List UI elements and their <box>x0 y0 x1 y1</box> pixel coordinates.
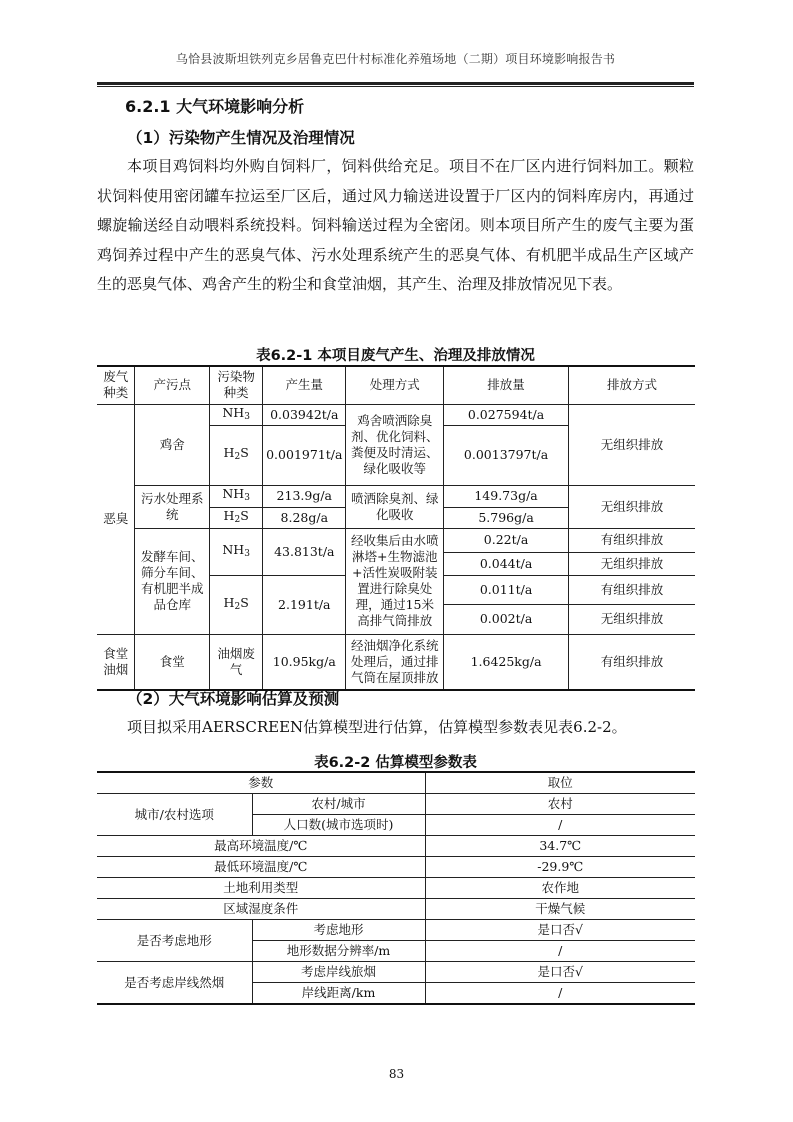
method-cell: 有组织排放 <box>568 575 695 604</box>
generated-cell: 213.9g/a <box>263 485 346 507</box>
value-cell: 34.7℃ <box>425 836 695 857</box>
table-row: 污水处理系统 NH3 213.9g/a 喷洒除臭剂、绿化吸收 149.73g/a… <box>97 485 695 507</box>
subsection-title-1: （1）污染物产生情况及治理情况 <box>127 126 355 148</box>
param-cell: 考虑岸线旅烟 <box>252 962 425 983</box>
value-cell: 农作地 <box>425 878 695 899</box>
method-cell: 无组织排放 <box>568 604 695 634</box>
table-header-row: 废气种类 产污点 污染物种类 产生量 处理方式 排放量 排放方式 <box>97 366 695 404</box>
value-cell: 是口否√ <box>425 920 695 941</box>
pollutant-cell: NH3 <box>210 528 263 575</box>
param-cell: 土地利用类型 <box>97 878 425 899</box>
emitted-cell: 5.796g/a <box>444 507 569 528</box>
header-cell: 产生量 <box>263 366 346 404</box>
pollutant-cell: NH3 <box>210 485 263 507</box>
paragraph-2: 项目拟采用AERSCREEN估算模型进行估算，估算模型参数表见表6.2-2。 <box>97 713 694 743</box>
param-cell: 最高环境温度/℃ <box>97 836 425 857</box>
table-row: 最低环境温度/℃ -29.9℃ <box>97 857 695 878</box>
pollutant-cell: 油烟废气 <box>210 634 263 690</box>
subsection-title-2: （2）大气环境影响估算及预测 <box>127 687 339 709</box>
value-cell: -29.9℃ <box>425 857 695 878</box>
pollutant-cell: NH3 <box>210 404 263 425</box>
treatment-cell: 经油烟净化系统处理后，通过排气筒在屋顶排放 <box>346 634 444 690</box>
header-cell: 取位 <box>425 772 695 794</box>
emitted-cell: 0.22t/a <box>444 528 569 552</box>
table-row: 土地利用类型 农作地 <box>97 878 695 899</box>
table-row: 食堂油烟 食堂 油烟废气 10.95kg/a 经油烟净化系统处理后，通过排气筒在… <box>97 634 695 690</box>
table-row: 区域湿度条件 干燥气候 <box>97 899 695 920</box>
treatment-cell: 喷洒除臭剂、绿化吸收 <box>346 485 444 528</box>
table-row: 恶臭 鸡舍 NH3 0.03942t/a 鸡舍喷洒除臭剂、优化饲料、粪便及时清运… <box>97 404 695 425</box>
table1-caption: 表6.2-1 本项目废气产生、治理及排放情况 <box>97 344 694 365</box>
header-cell: 参数 <box>97 772 425 794</box>
table-row: 是否考虑岸线然烟 考虑岸线旅烟 是口否√ <box>97 962 695 983</box>
model-params-table: 参数 取位 城市/农村选项 农村/城市 农村 人口数(城市选项时) / 最高环境… <box>97 771 695 1005</box>
emitted-cell: 1.6425kg/a <box>444 634 569 690</box>
source-cell: 食堂 <box>135 634 210 690</box>
generated-cell: 8.28g/a <box>263 507 346 528</box>
header-cell: 废气种类 <box>97 366 135 404</box>
header-cell: 排放量 <box>444 366 569 404</box>
generated-cell: 0.001971t/a <box>263 425 346 485</box>
header-cell: 排放方式 <box>568 366 695 404</box>
param-cell: 最低环境温度/℃ <box>97 857 425 878</box>
treatment-cell: 经收集后由水喷淋塔+生物滤池+活性炭吸附装置进行除臭处理，通过15米高排气筒排放 <box>346 528 444 634</box>
paragraph-1: 本项目鸡饲料均外购自饲料厂，饲料供给充足。项目不在厂区内进行饲料加工。颗粒状饲料… <box>97 152 694 300</box>
method-cell: 无组织排放 <box>568 485 695 528</box>
param-cell: 岸线距离/km <box>252 983 425 1005</box>
value-cell: / <box>425 815 695 836</box>
group-cell-odor: 恶臭 <box>97 404 135 634</box>
emitted-cell: 0.002t/a <box>444 604 569 634</box>
running-header: 乌恰县波斯坦铁列克乡居鲁克巴什村标准化养殖场地（二期）项目环境影响报告书 <box>97 50 694 67</box>
section-title: 6.2.1 大气环境影响分析 <box>125 94 304 117</box>
emissions-table: 废气种类 产污点 污染物种类 产生量 处理方式 排放量 排放方式 恶臭 鸡舍 N… <box>97 365 695 691</box>
group-cell: 城市/农村选项 <box>97 794 252 836</box>
document-page: 乌恰县波斯坦铁列克乡居鲁克巴什村标准化养殖场地（二期）项目环境影响报告书 6.2… <box>0 0 793 1122</box>
generated-cell: 0.03942t/a <box>263 404 346 425</box>
generated-cell: 2.191t/a <box>263 575 346 634</box>
header-cell: 产污点 <box>135 366 210 404</box>
param-cell: 考虑地形 <box>252 920 425 941</box>
treatment-cell: 鸡舍喷洒除臭剂、优化饲料、粪便及时清运、绿化吸收等 <box>346 404 444 485</box>
param-cell: 地形数据分辨率/m <box>252 941 425 962</box>
group-cell: 是否考虑岸线然烟 <box>97 962 252 1005</box>
value-cell: 干燥气候 <box>425 899 695 920</box>
emitted-cell: 0.011t/a <box>444 575 569 604</box>
value-cell: / <box>425 983 695 1005</box>
group-cell: 是否考虑地形 <box>97 920 252 962</box>
method-cell: 有组织排放 <box>568 634 695 690</box>
source-cell: 鸡舍 <box>135 404 210 485</box>
emitted-cell: 149.73g/a <box>444 485 569 507</box>
method-cell: 无组织排放 <box>568 404 695 485</box>
value-cell: 农村 <box>425 794 695 815</box>
source-cell: 发酵车间、筛分车间、有机肥半成品仓库 <box>135 528 210 634</box>
header-cell: 处理方式 <box>346 366 444 404</box>
table-header-row: 参数 取位 <box>97 772 695 794</box>
param-cell: 农村/城市 <box>252 794 425 815</box>
table-row: 是否考虑地形 考虑地形 是口否√ <box>97 920 695 941</box>
emitted-cell: 0.044t/a <box>444 552 569 575</box>
emitted-cell: 0.027594t/a <box>444 404 569 425</box>
header-cell: 污染物种类 <box>210 366 263 404</box>
table-row: 城市/农村选项 农村/城市 农村 <box>97 794 695 815</box>
table-row: 发酵车间、筛分车间、有机肥半成品仓库 NH3 43.813t/a 经收集后由水喷… <box>97 528 695 552</box>
param-cell: 区域湿度条件 <box>97 899 425 920</box>
generated-cell: 43.813t/a <box>263 528 346 575</box>
value-cell: 是口否√ <box>425 962 695 983</box>
method-cell: 无组织排放 <box>568 552 695 575</box>
header-rule <box>97 82 694 87</box>
pollutant-cell: H2S <box>210 575 263 634</box>
pollutant-cell: H2S <box>210 425 263 485</box>
generated-cell: 10.95kg/a <box>263 634 346 690</box>
param-cell: 人口数(城市选项时) <box>252 815 425 836</box>
page-number: 83 <box>0 1067 793 1081</box>
table2-caption: 表6.2-2 估算模型参数表 <box>97 751 694 772</box>
emitted-cell: 0.0013797t/a <box>444 425 569 485</box>
method-cell: 有组织排放 <box>568 528 695 552</box>
group-cell-canteen: 食堂油烟 <box>97 634 135 690</box>
source-cell: 污水处理系统 <box>135 485 210 528</box>
table-row: 最高环境温度/℃ 34.7℃ <box>97 836 695 857</box>
value-cell: / <box>425 941 695 962</box>
pollutant-cell: H2S <box>210 507 263 528</box>
